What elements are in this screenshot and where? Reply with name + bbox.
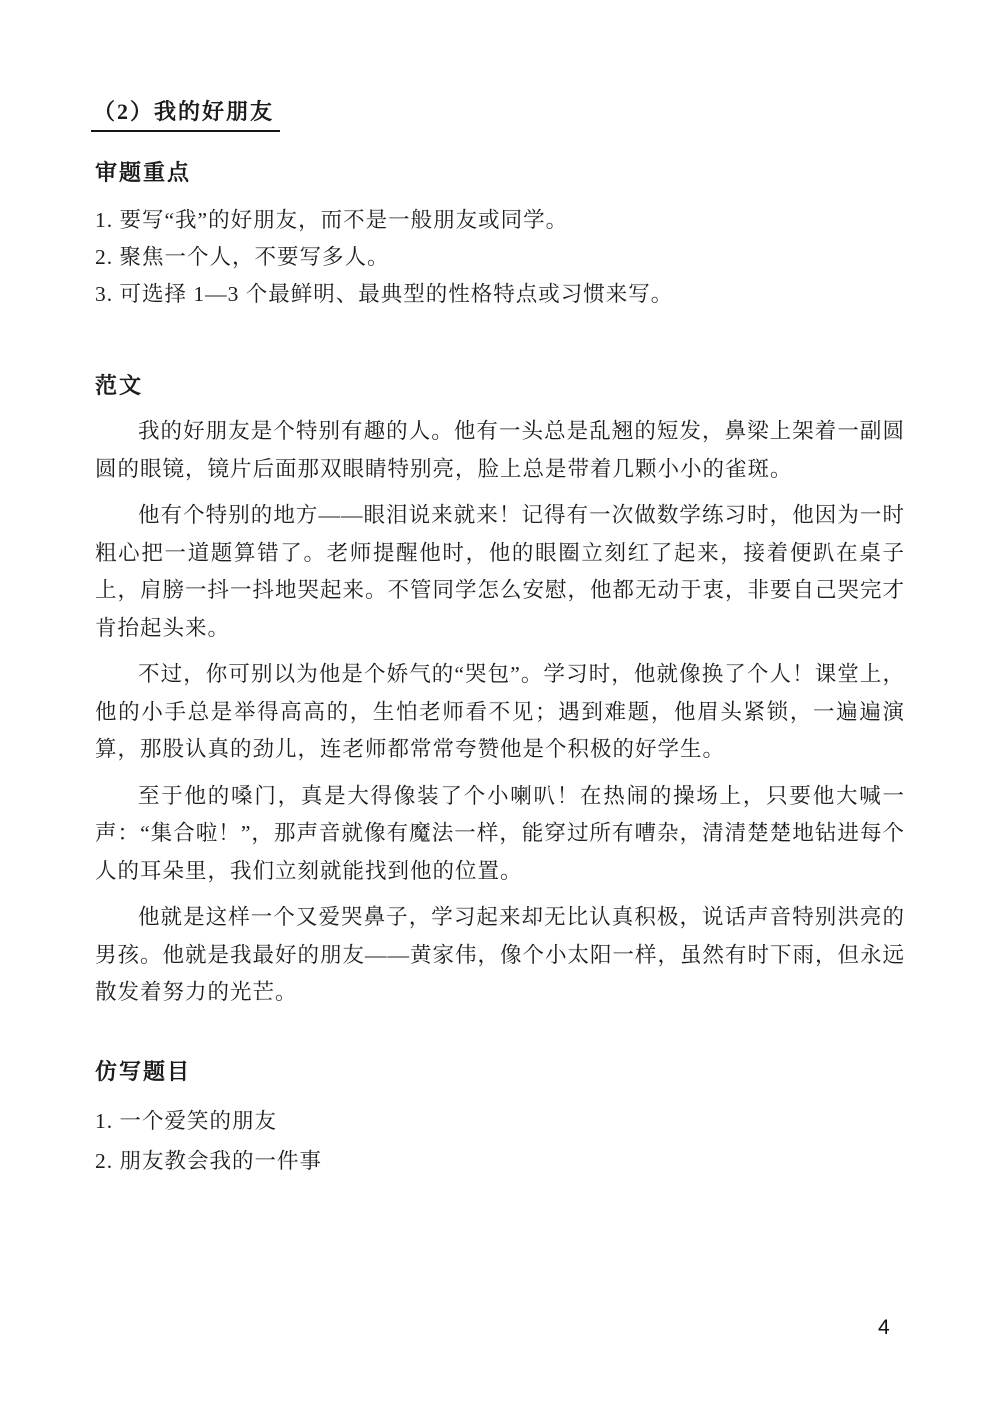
title-row: （2）我的好朋友: [95, 0, 905, 132]
imitation-item: 2. 朋友教会我的一件事: [95, 1141, 905, 1181]
essay-body: 我的好朋友是个特别有趣的人。他有一头总是乱翘的短发，鼻梁上架着一副圆圆的眼镜，镜…: [95, 413, 905, 1012]
page-number: 4: [878, 1316, 890, 1340]
imitation-heading: 仿写题目: [95, 1057, 905, 1086]
document-page: （2）我的好朋友 审题重点 1. 要写“我”的好朋友，而不是一般朋友或同学。 2…: [95, 0, 905, 1181]
essay-paragraph: 他有个特别的地方——眼泪说来就来！记得有一次做数学练习时，他因为一时粗心把一道题…: [95, 497, 905, 647]
essay-paragraph: 至于他的嗓门，真是大得像装了个小喇叭！在热闹的操场上，只要他大喊一声：“集合啦！…: [95, 778, 905, 891]
imitation-item: 1. 一个爱笑的朋友: [95, 1101, 905, 1141]
imitation-list: 1. 一个爱笑的朋友 2. 朋友教会我的一件事: [95, 1101, 905, 1181]
essay-paragraph: 我的好朋友是个特别有趣的人。他有一头总是乱翘的短发，鼻梁上架着一副圆圆的眼镜，镜…: [95, 413, 905, 488]
essay-heading: 范文: [95, 371, 905, 400]
essay-paragraph: 不过，你可别以为他是个娇气的“哭包”。学习时，他就像换了个人！课堂上，他的小手总…: [95, 656, 905, 769]
review-heading: 审题重点: [95, 158, 905, 187]
review-list: 1. 要写“我”的好朋友，而不是一般朋友或同学。 2. 聚焦一个人，不要写多人。…: [95, 202, 905, 313]
review-item: 1. 要写“我”的好朋友，而不是一般朋友或同学。: [95, 202, 905, 239]
essay-paragraph: 他就是这样一个又爱哭鼻子，学习起来却无比认真积极，说话声音特别洪亮的男孩。他就是…: [95, 899, 905, 1012]
review-item: 2. 聚焦一个人，不要写多人。: [95, 239, 905, 276]
doc-title: （2）我的好朋友: [91, 95, 280, 132]
review-item: 3. 可选择 1—3 个最鲜明、最典型的性格特点或习惯来写。: [95, 276, 905, 313]
